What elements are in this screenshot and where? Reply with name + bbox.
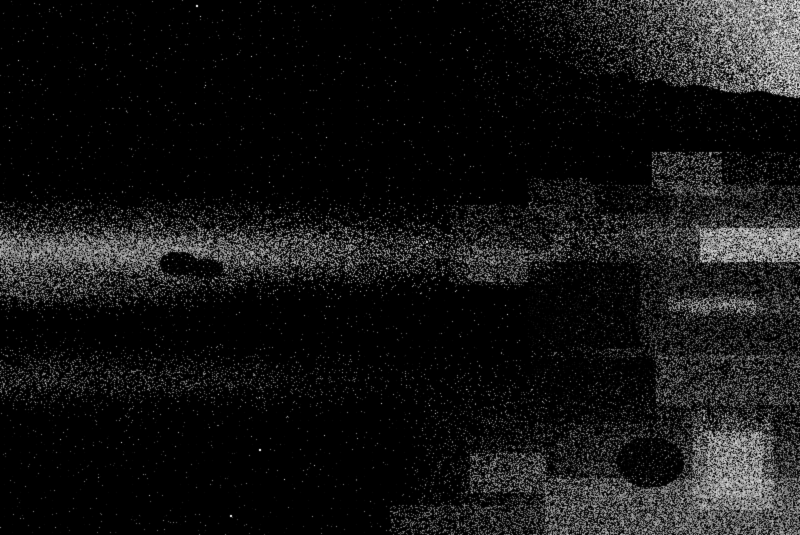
night-landscape-photo	[0, 0, 800, 535]
photo-frame	[0, 0, 800, 535]
